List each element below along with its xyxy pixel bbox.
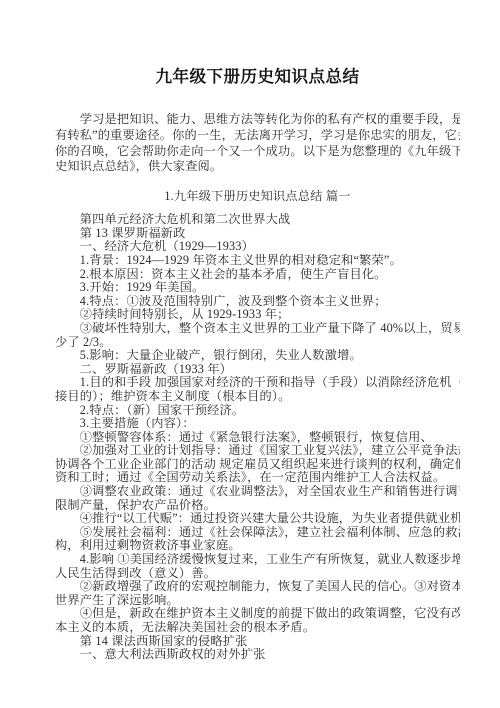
body-line: ⑤发展社会福利：通过《社会保障法》，建立社会福利体制、应急的救济机 <box>55 526 460 540</box>
intro-line: 学习是把知识、能力、思维方法等转化为你的私有产权的重要手段，是“公 <box>55 112 460 128</box>
body-line: 4.特点：①波及范围特别广，波及到整个资本主义世界； <box>55 295 460 309</box>
body-line: 5.影响：大量企业破产，银行倒闭，失业人数激增。 <box>55 349 460 363</box>
body-line: ①整顿警容体系：通过《紧急银行法案》，整顿银行，恢复信用、 <box>55 431 460 445</box>
body-line: 4.影响 ①美国经济缓慢恢复过来，工业生产有所恢复，就业人数逐步增加， <box>55 553 460 567</box>
body-line: 构，利用过剩物资救济事业家庭。 <box>55 539 460 553</box>
body-line: 1.背景：1924—1929 年资本主义世界的相对稳定和“繁荣”。 <box>55 254 460 268</box>
document-page: 九年级下册历史知识点总结 学习是把知识、能力、思维方法等转化为你的私有产权的重要… <box>0 0 500 708</box>
body-line: 第 14 课法西斯国家的侵略扩张 <box>55 635 460 649</box>
body-line: ④但是，新政在维护资本主义制度的前提下做出的政策调整，它没有改变资 <box>55 607 460 621</box>
body-line: 少了 2/3。 <box>55 336 460 350</box>
body-line: 二、罗斯福新政（1933 年） <box>55 363 460 377</box>
body-line: 第 13 课罗斯福新政 <box>55 227 460 241</box>
body-line: 1.目的和手段 加强国家对经济的干预和指导（手段）以消除经济危机（直 <box>55 376 460 390</box>
intro-line: 有转私”的重要途径。你的一生，无法离开学习，学习是你忠实的朋友，它会听 <box>55 128 460 144</box>
body-line: ③破坏性特别大，整个资本主义世界的工业产量下降了 40%以上，贸易额减 <box>55 322 460 336</box>
body-line: 3.开始：1929 年美国。 <box>55 281 460 295</box>
document-title: 九年级下册历史知识点总结 <box>55 66 460 87</box>
body-line: 资和工时；通过《全国劳动关系法》，在一定范围内维护工人合法权益。 <box>55 471 460 485</box>
body-line: 一、意大利法西斯政权的对外扩张 <box>55 648 460 662</box>
body-line: 限制产量，保护农产品价格。 <box>55 499 460 513</box>
body-line: 第四单元经济大危机和第二次世界大战 <box>55 213 460 227</box>
body-line: ④推行“以工代赈”：通过投资兴建大量公共设施，为失业者提供就业机会。 <box>55 512 460 526</box>
intro-paragraph: 学习是把知识、能力、思维方法等转化为你的私有产权的重要手段，是“公有转私”的重要… <box>55 112 460 175</box>
body-line: 2.特点：（新）国家干预经济。 <box>55 404 460 418</box>
section-heading: 1.九年级下册历史知识点总结 篇一 <box>55 188 460 204</box>
body-line: 一、经济大危机（1929—1933） <box>55 240 460 254</box>
body-line: 3.主要措施（内容）： <box>55 417 460 431</box>
body-line: ③调整农业政策：通过《农业调整法》，对全国农业生产和销售进行调节， <box>55 485 460 499</box>
intro-line: 史知识点总结》，供大家查阅。 <box>55 159 460 175</box>
body-line: 协调各个工业企业部门的活动 规定雇员又组织起来进行谈判的权利，确定低工 <box>55 458 460 472</box>
body-line: ②加强对工业的计划指导：通过《国家工业复兴法》，建立公平竞争法规， <box>55 444 460 458</box>
body-line: ②新政增强了政府的宏观控制能力，恢复了美国人民的信心。③对资本主义 <box>55 580 460 594</box>
body-line: ②持续时间特别长，从 1929-1933 年； <box>55 308 460 322</box>
document-body: 第四单元经济大危机和第二次世界大战 第 13 课罗斯福新政 一、经济大危机（19… <box>55 213 460 662</box>
body-line: 接目的）；维护资本主义制度（根本目的）。 <box>55 390 460 404</box>
body-line: 人民生活得到改（意义）善。 <box>55 567 460 581</box>
body-line: 世界产生了深远影响。 <box>55 594 460 608</box>
intro-line: 你的召唤，它会帮助你走向一个又一个成功。以下是为您整理的《九年级下册历 <box>55 144 460 160</box>
body-line: 2.根本原因：资本主义社会的基本矛盾，使生产盲目化。 <box>55 268 460 282</box>
body-line: 本主义的本质，无法解决美国社会的根本矛盾。 <box>55 621 460 635</box>
